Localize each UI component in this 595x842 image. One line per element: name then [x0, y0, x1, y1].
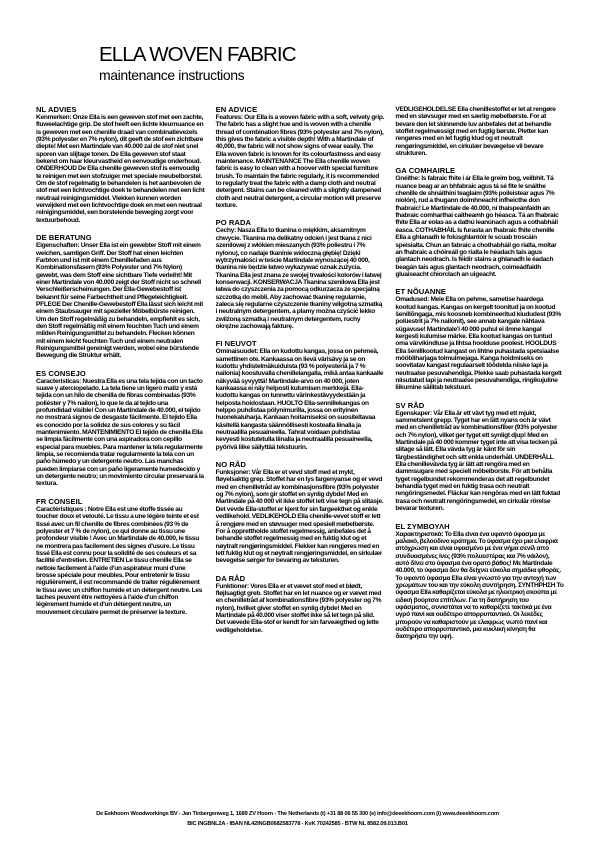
column-1: NL ADVIES Kenmerken: Onze Ella is een ge…: [36, 106, 205, 651]
section-body: Egenskaper: Vår Ella är ett vävt tyg med…: [395, 410, 564, 513]
section-heading: PO RADA: [216, 219, 385, 227]
section-et: ET NÕUANNE Omadused: Meie Ella on pehme,…: [395, 288, 564, 391]
section-body: Eigenschaften: Unser Ella ist ein gewebt…: [36, 242, 205, 360]
instructions-columns: NL ADVIES Kenmerken: Onze Ella is een ge…: [36, 106, 564, 651]
section-el: EL ΣΥΜΒΟΥΛΗ Χαρακτηριστικά: Το Ella είνα…: [395, 523, 564, 641]
section-body: Funksjoner: Vår Ella er et vevd stoff me…: [216, 469, 385, 564]
section-body: Features: Our Ella is a woven fabric wit…: [216, 114, 385, 209]
section-heading: NL ADVIES: [36, 106, 205, 114]
section-heading: FI NEUVOT: [216, 340, 385, 348]
column-3: VEDLIGEHOLDELSE Ella chenillestoffet er …: [395, 106, 564, 651]
footer-bank-info: BIC INGBNL2A - IBAN NL42INGB0682583778 -…: [0, 820, 595, 829]
section-sv: SV RÅD Egenskaper: Vår Ella är ett vävt …: [395, 402, 564, 513]
section-heading: ET NÕUANNE: [395, 288, 564, 296]
document-header: ELLA WOVEN FABRIC maintenance instructio…: [99, 44, 296, 83]
section-heading: GA COMHAIRLE: [395, 167, 564, 175]
section-heading: DE BERATUNG: [36, 234, 205, 242]
section-body: Funktioner: Vores Ella er et vævet stof …: [216, 583, 385, 634]
section-heading: DA RÅD: [216, 575, 385, 583]
section-nl: NL ADVIES Kenmerken: Onze Ella is een ge…: [36, 106, 205, 224]
section-de: DE BERATUNG Eigenschaften: Unser Ella is…: [36, 234, 205, 360]
section-heading: SV RÅD: [395, 402, 564, 410]
column-2: EN ADVICE Features: Our Ella is a woven …: [216, 106, 385, 651]
section-pl: PO RADA Cechy: Nasza Ella to tkanina o m…: [216, 219, 385, 330]
section-heading: ES CONSEJO: [36, 370, 205, 378]
section-fr: FR CONSEIL Caractéristiques : Notre Ella…: [36, 498, 205, 616]
section-heading: FR CONSEIL: [36, 498, 205, 506]
section-da: DA RÅD Funktioner: Vores Ella er et væve…: [216, 575, 385, 634]
section-body: Kenmerken: Onze Ella is een geweven stof…: [36, 114, 205, 224]
section-da-continued: VEDLIGEHOLDELSE Ella chenillestoffet er …: [395, 106, 564, 157]
section-body: VEDLIGEHOLDELSE Ella chenillestoffet er …: [395, 106, 564, 157]
section-no: NO RÅD Funksjoner: Vår Ella er et vevd s…: [216, 461, 385, 564]
document-subtitle: maintenance instructions: [99, 67, 296, 83]
section-heading: NO RÅD: [216, 461, 385, 469]
section-fi: FI NEUVOT Ominaisuudet: Ella on kudottu …: [216, 340, 385, 451]
section-en: EN ADVICE Features: Our Ella is a woven …: [216, 106, 385, 209]
section-body: Caractéristiques : Notre Ella est une ét…: [36, 506, 205, 616]
section-body: Cechy: Nasza Ella to tkanina o miękkim, …: [216, 227, 385, 330]
section-body: Χαρακτηριστικά: Το Ella είναι ένα υφαντό…: [395, 531, 564, 641]
section-body: Gnéithe: Is fabraic fhite í ár Ella le g…: [395, 175, 564, 278]
section-body: Omadused: Meie Ella on pehme, sametise h…: [395, 296, 564, 391]
section-es: ES CONSEJO Características: Nuestra Ella…: [36, 370, 205, 488]
section-body: Ominaisuudet: Ella on kudottu kangas, jo…: [216, 348, 385, 451]
document-title: ELLA WOVEN FABRIC: [99, 44, 296, 66]
section-heading: EL ΣΥΜΒΟΥΛΗ: [395, 523, 564, 531]
section-heading: EN ADVICE: [216, 106, 385, 114]
footer-company-info: De Eekhoorn Woodworkings BV - Jan Tinber…: [0, 810, 595, 819]
section-body: Características: Nuestra Ella es una tel…: [36, 378, 205, 488]
section-ga: GA COMHAIRLE Gnéithe: Is fabraic fhite í…: [395, 167, 564, 278]
